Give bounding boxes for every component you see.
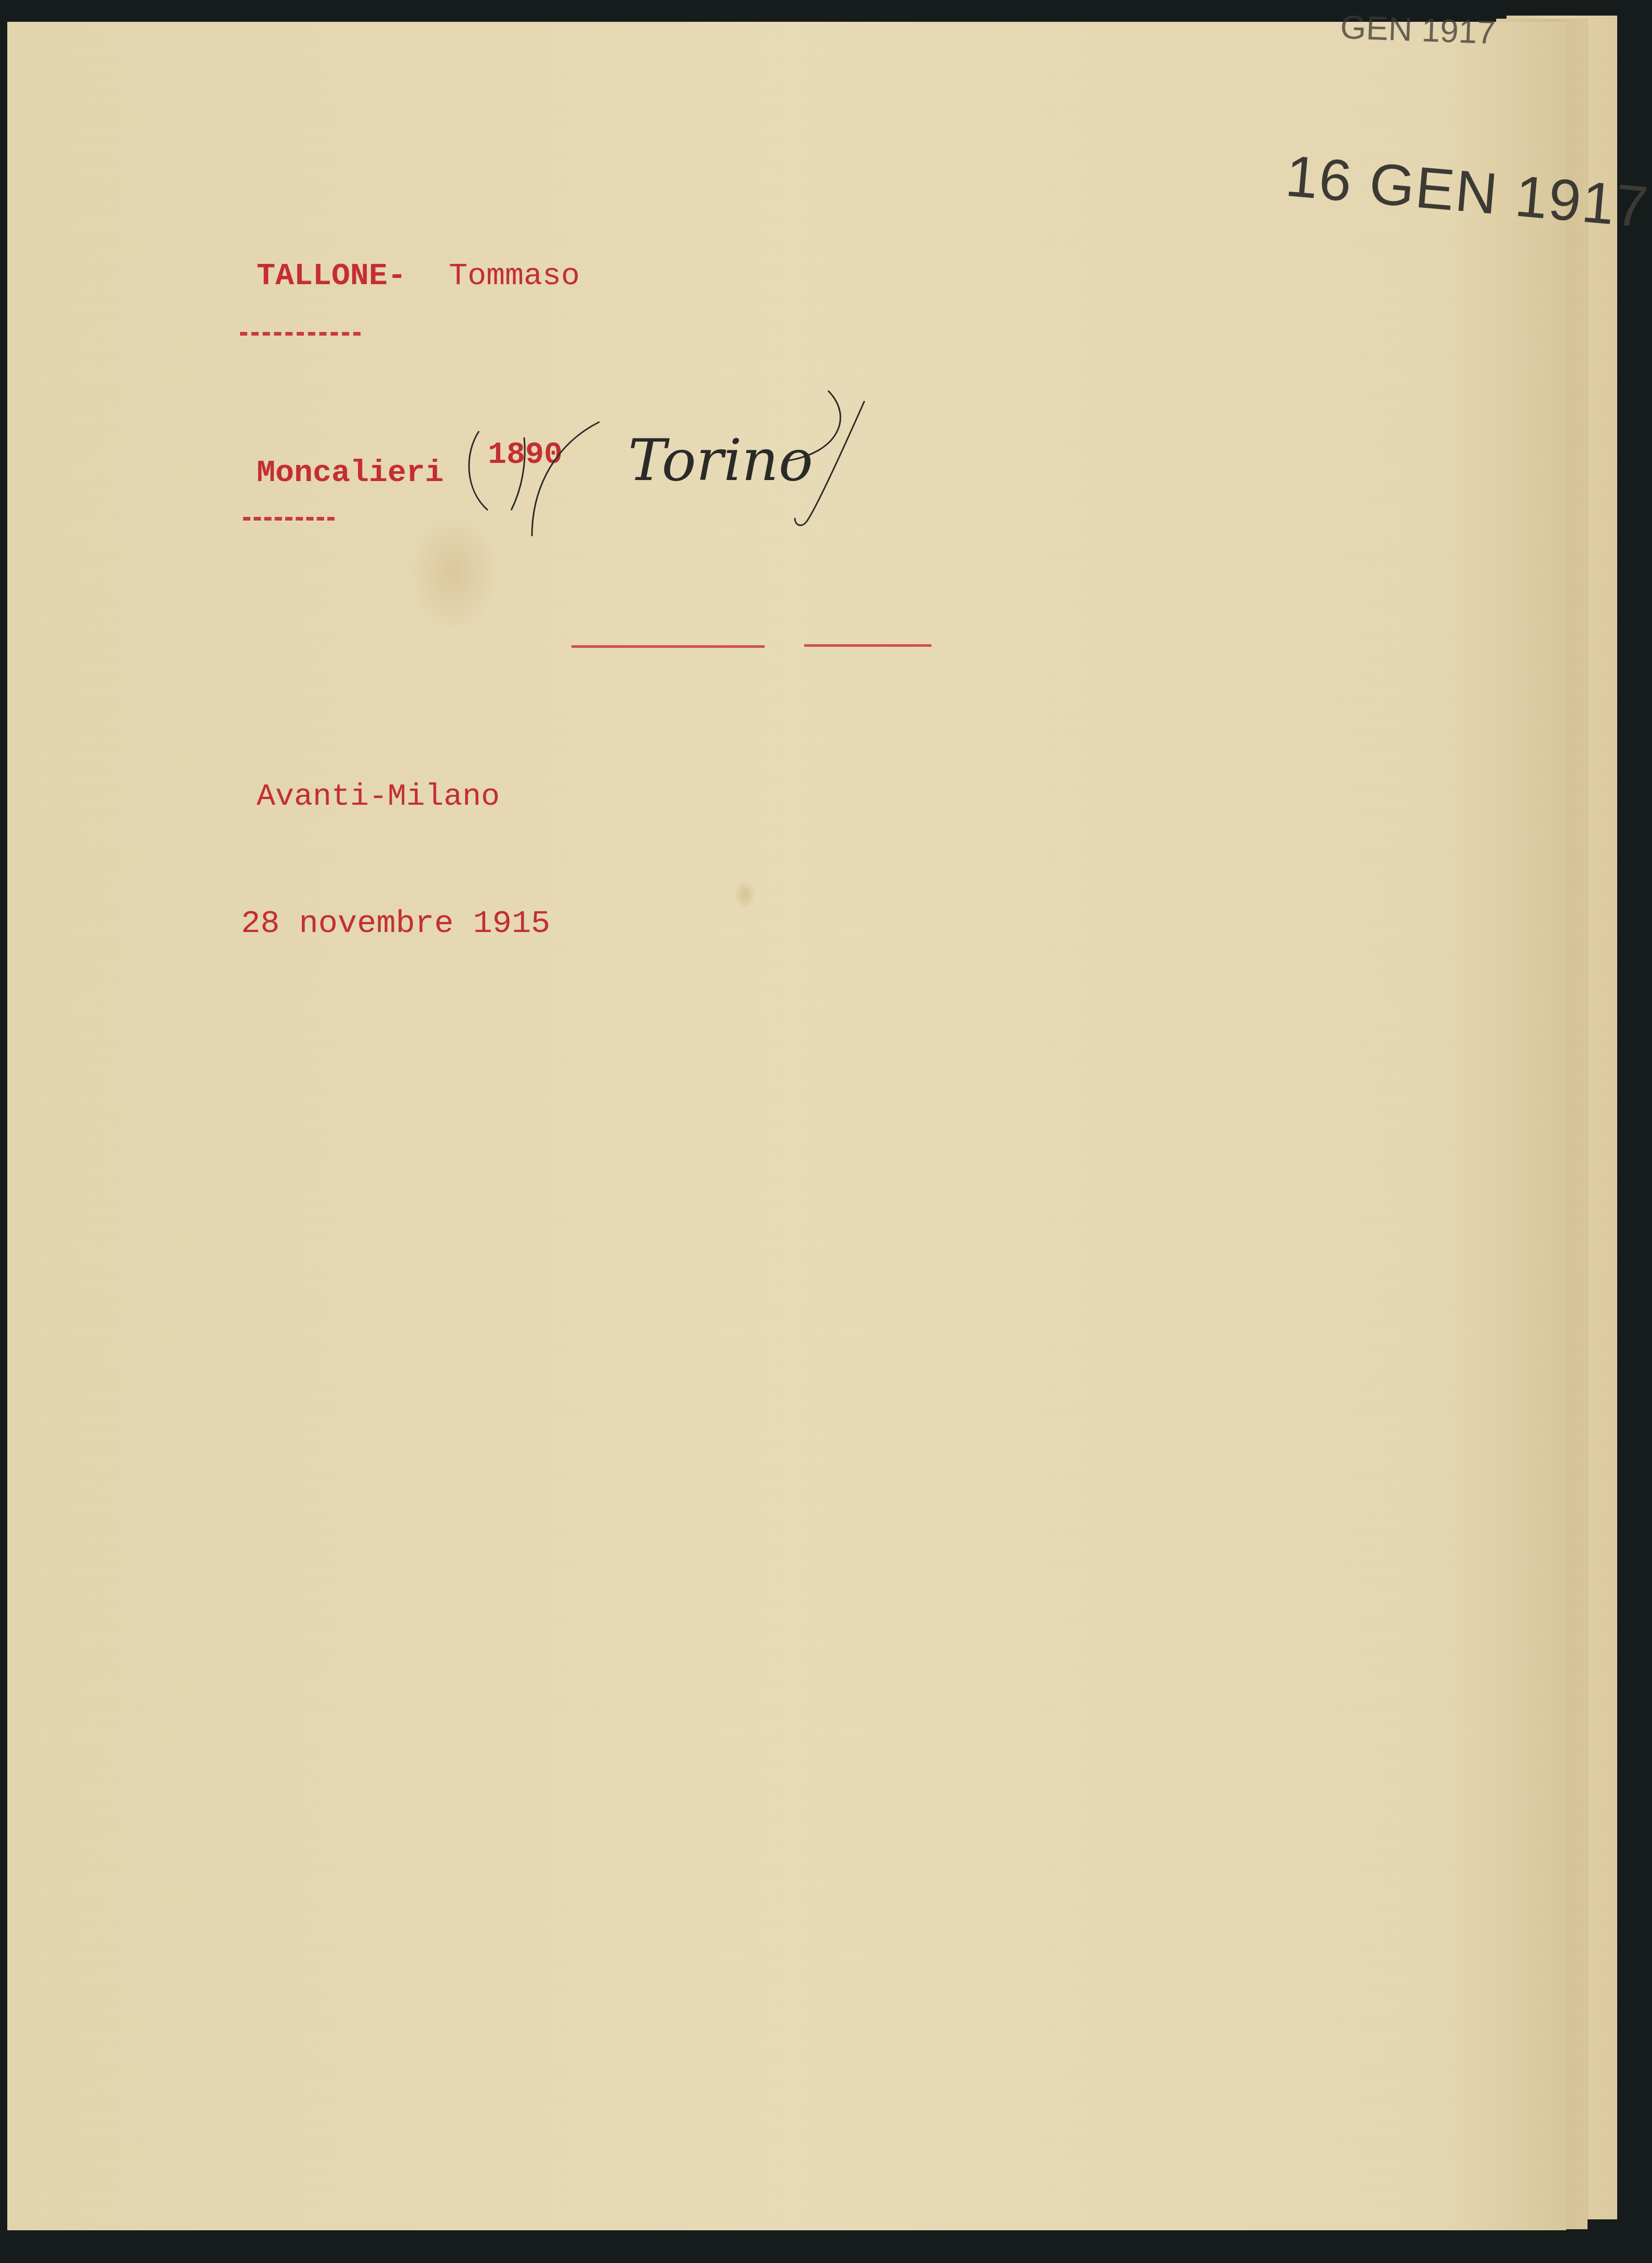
handwritten-province: Torino: [628, 427, 813, 494]
birthplace: Moncalieri: [257, 456, 444, 491]
document-page: GEN 1917 16 GEN 1917 TALLONE- Tommaso Mo…: [7, 22, 1566, 2230]
separator-rule-right: [804, 644, 931, 647]
partial-date-stamp: GEN 1917: [1340, 8, 1496, 51]
surname: TALLONE-: [257, 259, 406, 294]
source-publication: Avanti-Milano: [257, 779, 500, 815]
separator-rule-left: [571, 645, 765, 648]
surname-underline: [240, 332, 361, 336]
given-name: Tommaso: [449, 259, 580, 294]
publication-date: 28 novembre 1915: [241, 905, 550, 942]
birthplace-underline: [243, 517, 335, 521]
